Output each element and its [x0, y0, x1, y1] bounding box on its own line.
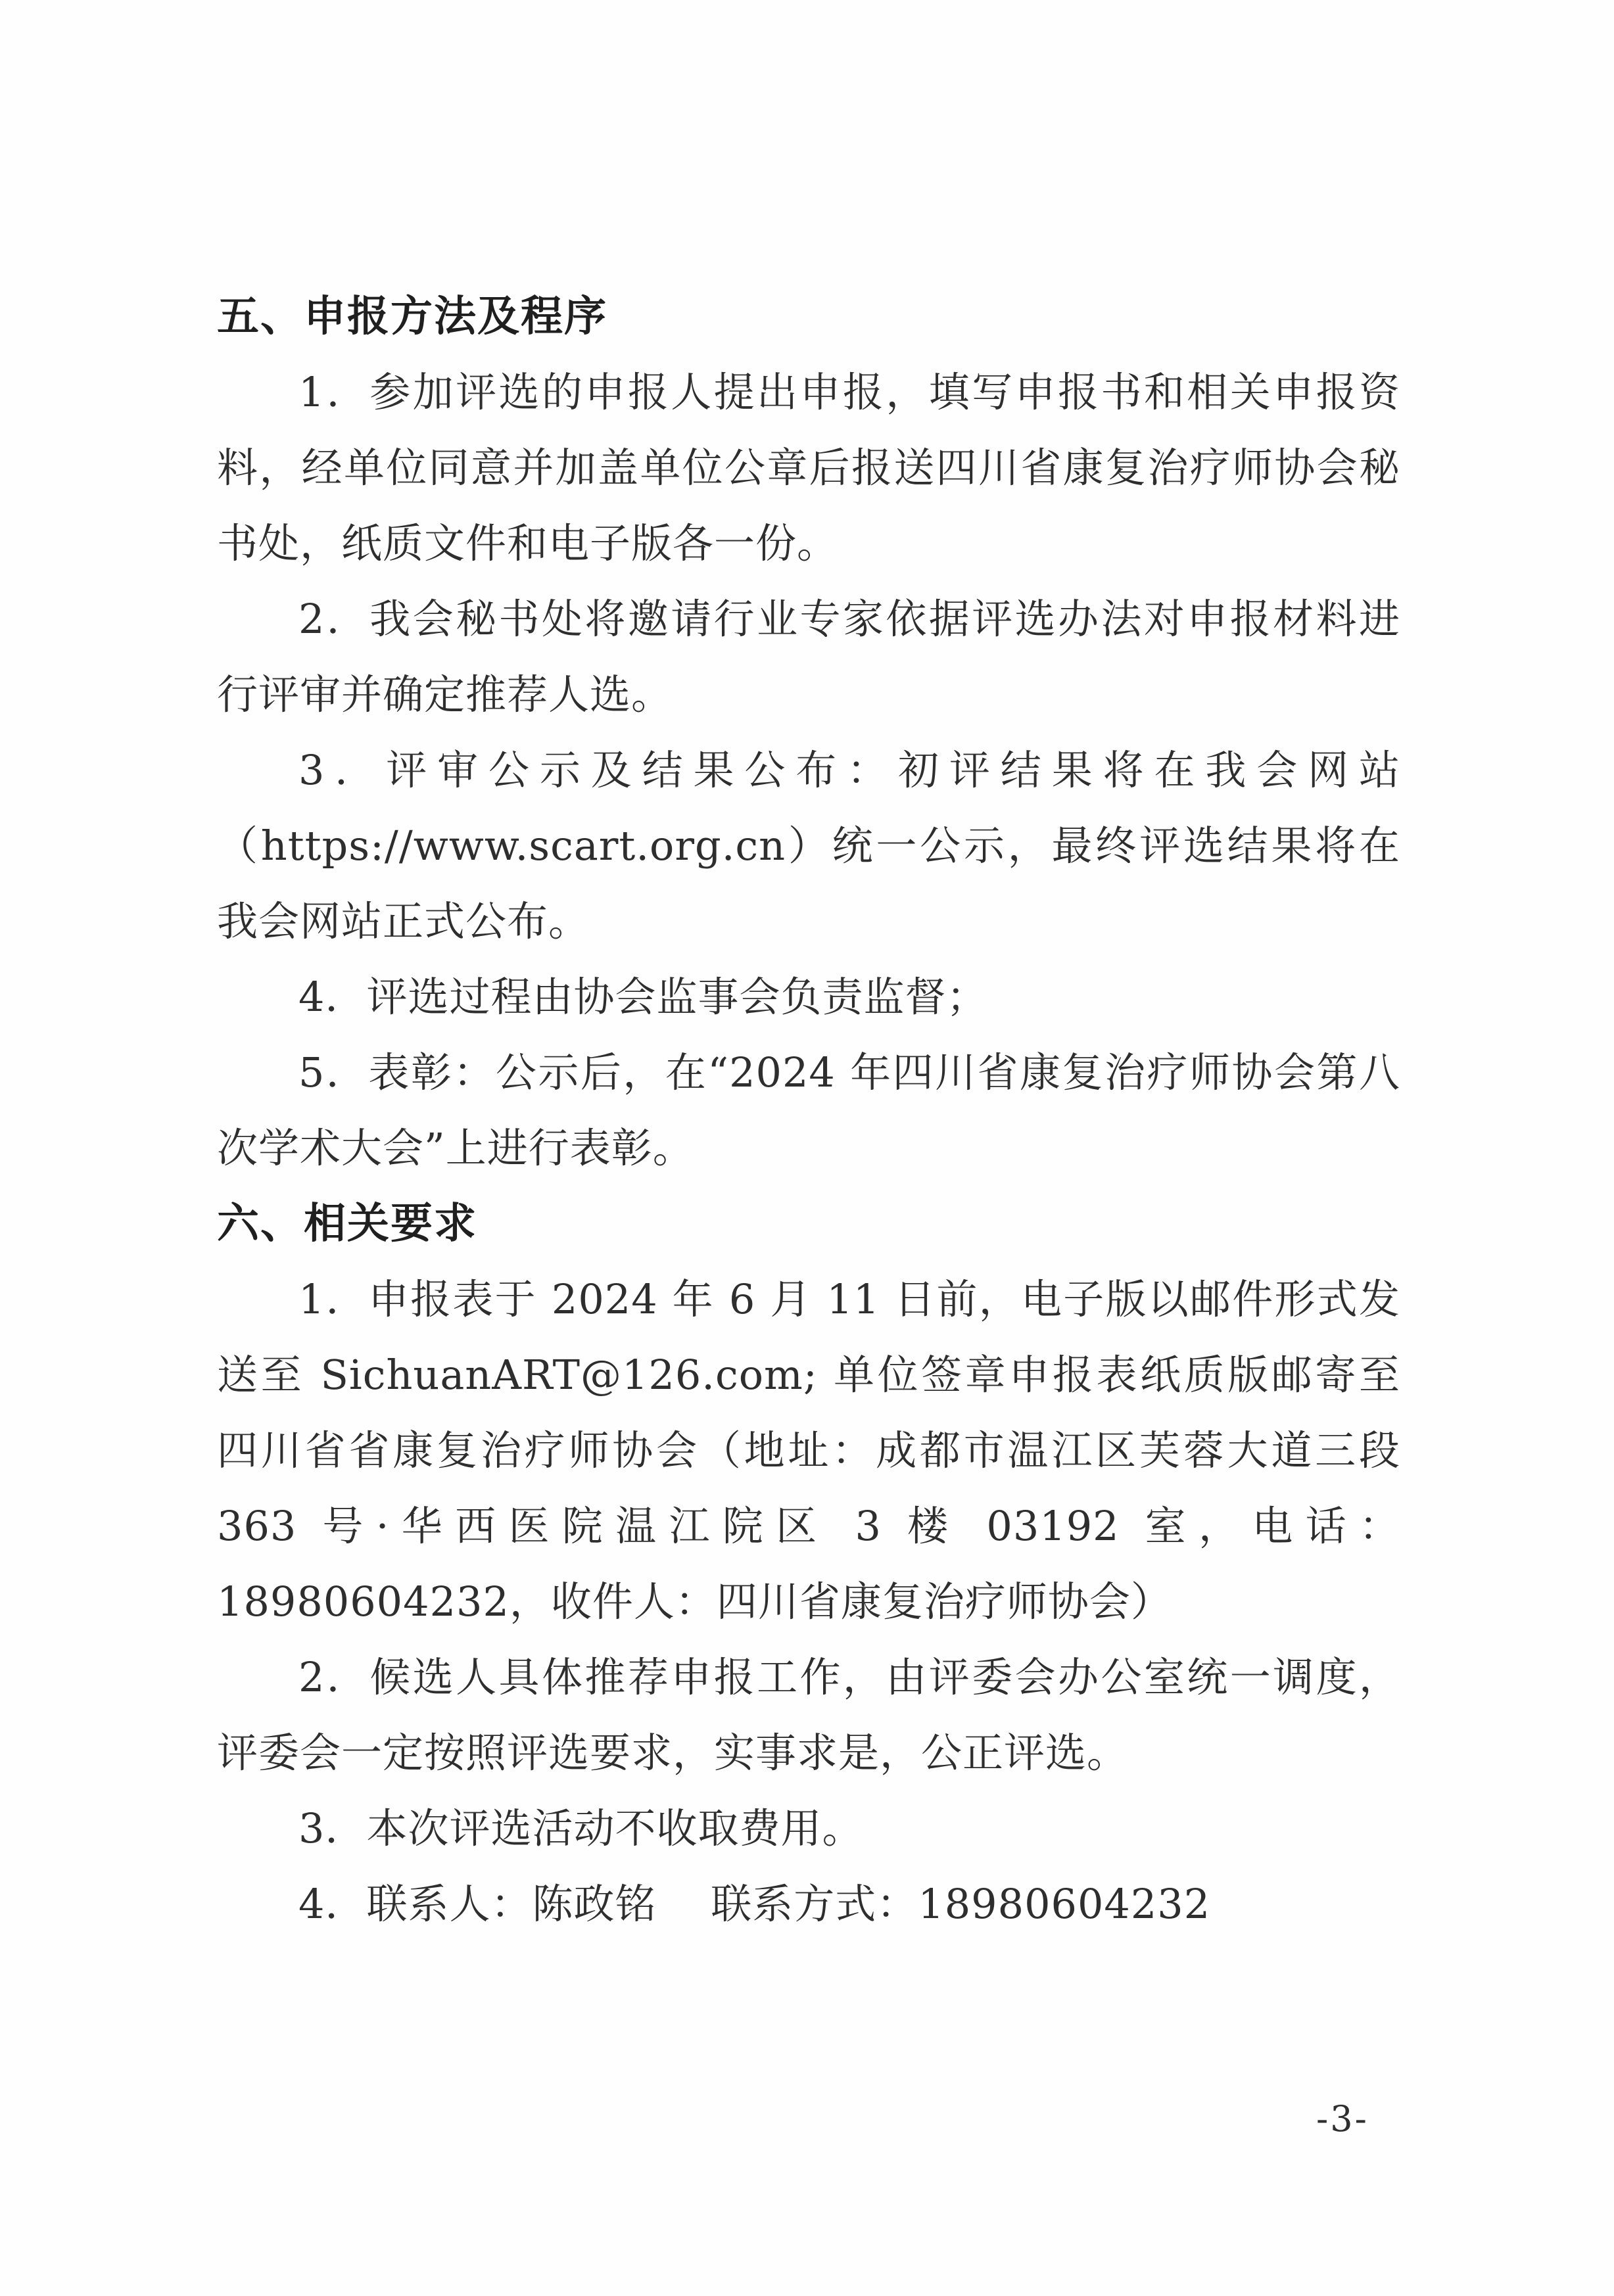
section-5-heading: 五、申报方法及程序: [217, 279, 1400, 354]
section-5-item-4: 4．评选过程由协会监事会负责监督；: [217, 959, 1400, 1035]
section-5-item-2: 2．我会秘书处将邀请行业专家依据评选办法对申报材料进行评审并确定推荐人选。: [217, 581, 1400, 732]
section-6-heading: 六、相关要求: [217, 1186, 1400, 1261]
section-6-item-1: 1．申报表于 2024 年 6 月 11 日前，电子版以邮件形式发送至 Sich…: [217, 1261, 1400, 1639]
section-5-item-3: 3．评审公示及结果公布：初评结果将在我会网站（https://www.scart…: [217, 732, 1400, 959]
section-6-item-3: 3．本次评选活动不收取费用。: [217, 1791, 1400, 1866]
section-5-item-5: 5．表彰：公示后，在“2024 年四川省康复治疗师协会第八次学术大会”上进行表彰…: [217, 1035, 1400, 1186]
section-5-item-1: 1．参加评选的申报人提出申报，填写申报书和相关申报资料，经单位同意并加盖单位公章…: [217, 354, 1400, 581]
document-body: 五、申报方法及程序 1．参加评选的申报人提出申报，填写申报书和相关申报资料，经单…: [217, 279, 1400, 1942]
section-6-item-2: 2．候选人具体推荐申报工作，由评委会办公室统一调度，评委会一定按照评选要求，实事…: [217, 1639, 1400, 1791]
page-number: -3-: [1316, 2098, 1369, 2140]
section-6-item-4: 4．联系人：陈政铭 联系方式：18980604232: [217, 1866, 1400, 1942]
document-page: 五、申报方法及程序 1．参加评选的申报人提出申报，填写申报书和相关申报资料，经单…: [0, 0, 1614, 2296]
